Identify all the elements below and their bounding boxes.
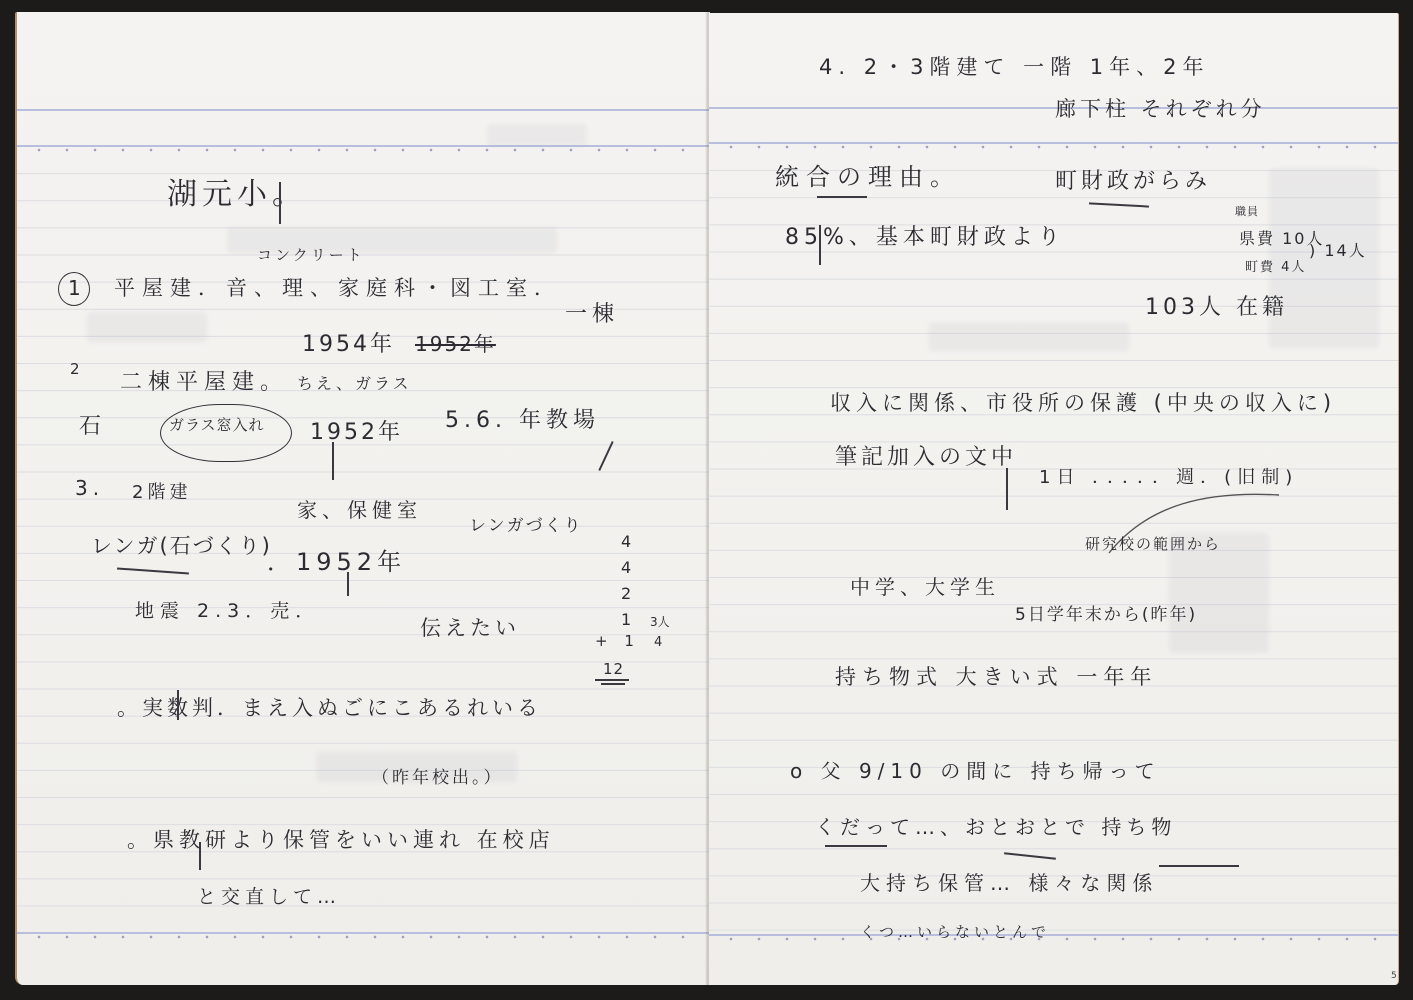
staff-town: 町費 4人 [1245, 261, 1306, 274]
tally-value: 2 [621, 586, 636, 602]
note-line: 。実数判．まえ入ぬごにこあるれいる [117, 698, 542, 719]
note-line: 持ち物式 大きい式 一年年 [835, 667, 1157, 688]
bleed-through-mark [929, 323, 1129, 351]
reason-heading: 統合の理由。 [775, 165, 961, 189]
pen-stroke [279, 182, 281, 224]
pen-stroke [347, 572, 349, 596]
bottom-margin-line [17, 932, 710, 934]
underline-stroke [1159, 865, 1239, 867]
item-number: 1 [68, 278, 81, 298]
pen-stroke [177, 690, 179, 720]
item-number: 3. [75, 478, 104, 498]
tally-side-note: 4 [654, 636, 667, 649]
note-line: （昨年校出。） [372, 770, 504, 787]
item4-note: 廊下柱 それぞれ分 [1055, 99, 1266, 120]
note-line: 中学、大学生 [850, 577, 1000, 597]
enrollment: 103人 在籍 [1145, 297, 1288, 319]
double-underline [595, 679, 629, 681]
page-number: 5 [1391, 971, 1397, 981]
item3-rooms: 家、保健室 [297, 500, 422, 520]
tally-value: 4 [621, 534, 636, 550]
item-number: 2 [70, 362, 85, 377]
note-line: 研究校の範囲から [1085, 537, 1221, 552]
pen-stroke [819, 225, 821, 265]
item1-struck-year: 1952年 [415, 334, 496, 354]
top-margin-line [17, 109, 710, 111]
tally-value: 4 [621, 560, 636, 576]
subtitle-note: コンクリート [257, 248, 365, 263]
tally-value: 1 [621, 612, 636, 628]
bottom-dots [17, 935, 710, 939]
tally-total: 12 [603, 662, 624, 677]
circled-number: 1 [58, 272, 90, 306]
pen-stroke [1006, 468, 1008, 510]
item3-note: レンガづくり [469, 518, 583, 535]
tally-side-note: 3人 [650, 616, 670, 628]
bottom-dots [709, 937, 1398, 941]
tally-value: + 1 [595, 634, 640, 649]
page-title: 湖元小。 [167, 180, 307, 210]
staff-total: ) 14人 [1309, 243, 1367, 259]
item1-count: 一棟 [565, 304, 619, 326]
note-line: くつ…いらないとんで [860, 925, 1050, 940]
item3-material: レンガ(石づくり) [91, 536, 272, 557]
item4-description: 4. 2・3階建て 一階 1年、2年 [819, 57, 1210, 78]
pen-stroke [199, 842, 201, 870]
note-line: 大持ち保管… 様々な関係 [860, 873, 1158, 893]
underline-stroke [817, 196, 867, 198]
finance-detail: 85%、基本町財政より [785, 227, 1065, 249]
item1-description: 平屋建．音、理、家庭科・図工室． [114, 278, 562, 299]
item3-year: ．1952年 [267, 550, 406, 574]
finance-note: 町財政がらみ [1055, 171, 1211, 193]
double-underline [601, 683, 625, 685]
note-line: 5日学年末から(昨年) [1015, 607, 1197, 624]
item2-circled-text: ガラス窓入れ [169, 418, 265, 433]
note-line: 筆記加入の文中 [835, 447, 1017, 469]
bottom-margin-line [709, 934, 1398, 936]
bleed-through-mark [487, 124, 587, 146]
pen-stroke [332, 442, 334, 480]
staff-label: 職員 [1235, 206, 1259, 217]
note-line: 。県教研より保管をいい連れ 在校店 [127, 830, 555, 851]
item3-description: 2階建 [132, 484, 191, 502]
top-margin-line [709, 107, 1398, 109]
item2-description: 二棟平屋建。 [120, 372, 288, 394]
left-notebook-page: 湖元小。 コンクリート 1 平屋建．音、理、家庭科・図工室． 一棟 1954年 … [15, 12, 710, 985]
underline-stroke [825, 845, 887, 847]
bleed-through-mark [87, 312, 207, 342]
note-line: o 父 9/10 の間に 持ち帰って [790, 761, 1161, 781]
item2-note: ちえ、ガラス [297, 376, 411, 392]
item2-grades: 5.6. 年教場 [445, 410, 600, 432]
note-line: 地震 2.3．売． [135, 602, 320, 621]
note-line: 伝えたい [420, 618, 520, 639]
note-line: 収入に関係、市役所の保護 (中央の収入に) [830, 393, 1336, 414]
item2-material: 石 [79, 416, 106, 438]
item2-year: 1952年 [310, 422, 403, 444]
right-notebook-page: 4. 2・3階建て 一階 1年、2年 廊下柱 それぞれ分 統合の理由。 町財政が… [709, 13, 1399, 985]
note-line: くだって…、おとおとで 持ち物 [815, 817, 1176, 837]
item1-year: 1954年 [302, 334, 395, 356]
note-line: と交直して… [197, 888, 341, 907]
